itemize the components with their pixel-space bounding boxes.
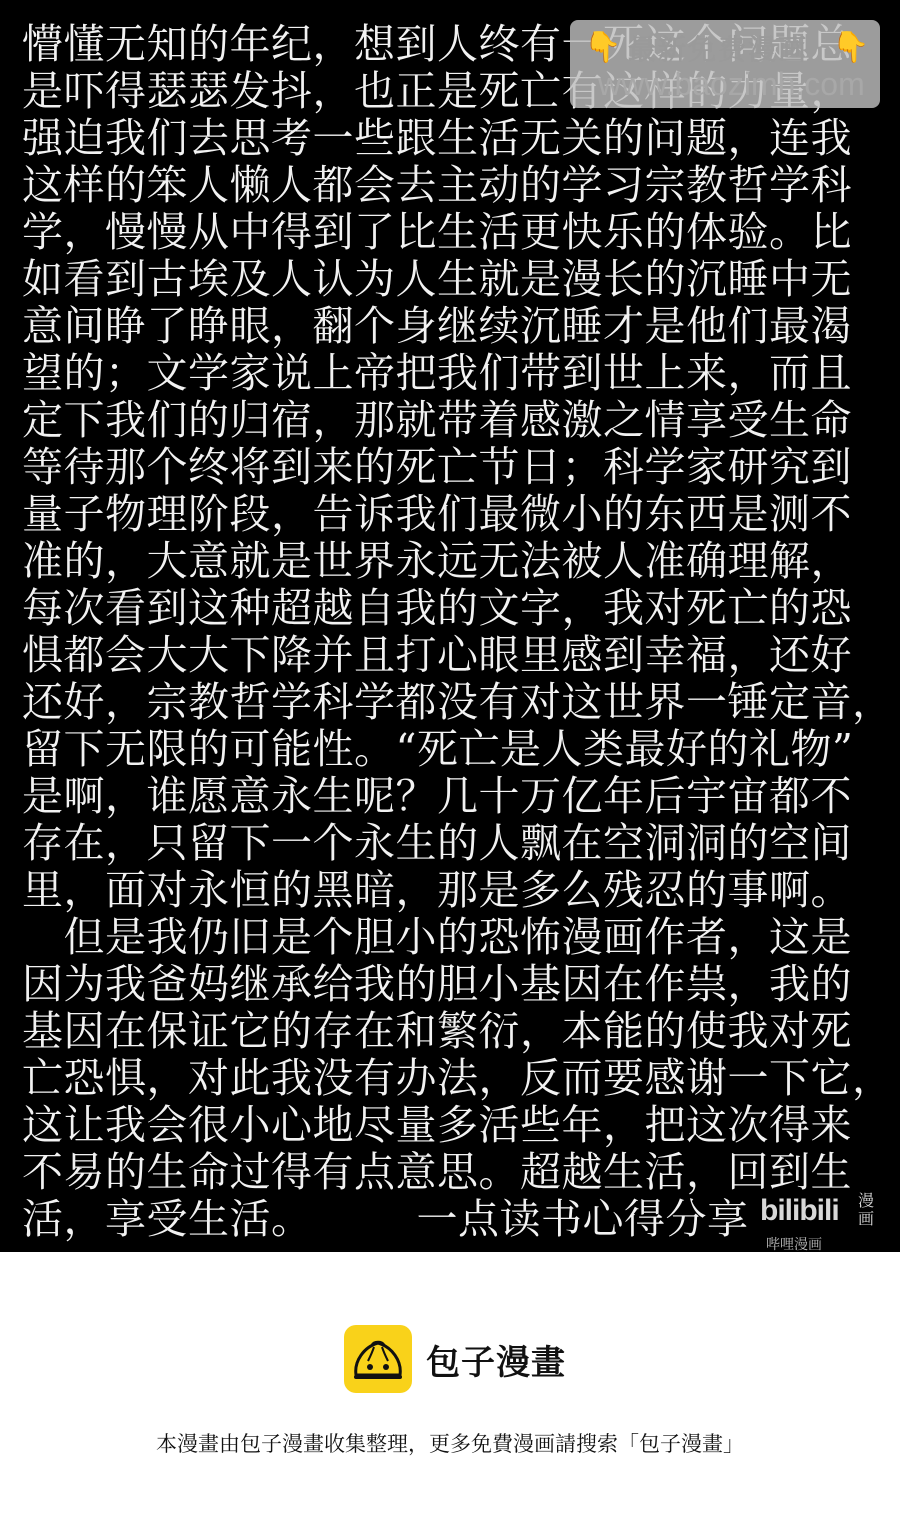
text-line: 学，慢慢从中得到了比生活更快乐的体验。比	[22, 209, 892, 256]
watermark-label: 最新免费漫画	[628, 28, 808, 68]
text-line: 这让我会很小心地尽量多活些年，把这次得来	[22, 1102, 892, 1149]
comic-text-block: 懵懂无知的年纪，想到人终有一死这个问题总 是吓得瑟瑟发抖，也正是死亡有这样的力量…	[22, 21, 892, 1243]
pointing-down-hand-icon: 👇	[832, 30, 869, 65]
text-line: 准的，大意就是世界永远无法被人准确理解，	[22, 538, 892, 585]
text-line: 还好，宗教哲学科学都没有对这世界一锤定音，	[22, 679, 892, 726]
text-line: 里，面对永恒的黑暗，那是多么残忍的事啊。	[22, 867, 892, 914]
brand-name: 包子漫畫	[426, 1335, 566, 1384]
watermark-url: www.baozimh.com	[598, 66, 865, 103]
text-line: 强迫我们去思考一些跟生活无关的问题，连我	[22, 115, 892, 162]
pointing-down-hand-icon: 👇	[584, 30, 621, 65]
text-line: 望的；文学家说上帝把我们带到世上来，而且	[22, 350, 892, 397]
text-line: 这样的笨人懒人都会去主动的学习宗教哲学科	[22, 162, 892, 209]
text-line: 如看到古埃及人认为人生就是漫长的沉睡中无	[22, 256, 892, 303]
site-watermark-overlay[interactable]: 最新免费漫画 www.baozimh.com 👇 👇	[570, 20, 880, 108]
text-line: 基因在保证它的存在和繁衍，本能的使我对死	[22, 1008, 892, 1055]
text-line: 留下无限的可能性。“死亡是人类最好的礼物”	[22, 726, 892, 773]
manhua-label: 漫画	[858, 1192, 880, 1228]
text-line: 量子物理阶段，告诉我们最微小的东西是测不	[22, 491, 892, 538]
text-line: 定下我们的归宿，那就带着感激之情享受生命	[22, 397, 892, 444]
text-line: 惧都会大大下降并且打心眼里感到幸福，还好	[22, 632, 892, 679]
text-line: 因为我爸妈继承给我的胆小基因在作祟，我的	[22, 961, 892, 1008]
bilibili-logo: bilibili	[760, 1194, 839, 1228]
text-line: 是啊，谁愿意永生呢？几十万亿年后宇宙都不	[22, 773, 892, 820]
text-line: 每次看到这种超越自我的文字，我对死亡的恐	[22, 585, 892, 632]
footer-brand[interactable]: 包子漫畫	[344, 1325, 566, 1393]
bilibili-sub-label: 哔哩漫画	[766, 1234, 822, 1252]
text-line: 存在，只留下一个永生的人飘在空洞洞的空间	[22, 820, 892, 867]
comic-page-panel: 懵懂无知的年纪，想到人终有一死这个问题总 是吓得瑟瑟发抖，也正是死亡有这样的力量…	[0, 0, 900, 1252]
text-line: 意间睁了睁眼，翻个身继续沉睡才是他们最渴	[22, 303, 892, 350]
baozi-logo-icon	[344, 1325, 412, 1393]
text-line: 但是我仍旧是个胆小的恐怖漫画作者，这是	[22, 914, 892, 961]
footer-note: 本漫畫由包子漫畫收集整理，更多免費漫画請搜索「包子漫畫」	[0, 1428, 900, 1458]
bilibili-manga-watermark: bilibili 漫画 哔哩漫画	[760, 1190, 890, 1250]
text-line: 等待那个终将到来的死亡节日；科学家研究到	[22, 444, 892, 491]
text-line: 不易的生命过得有点意思。超越生活，回到生	[22, 1149, 892, 1196]
text-line: 亡恐惧，对此我没有办法，反而要感谢一下它，	[22, 1055, 892, 1102]
